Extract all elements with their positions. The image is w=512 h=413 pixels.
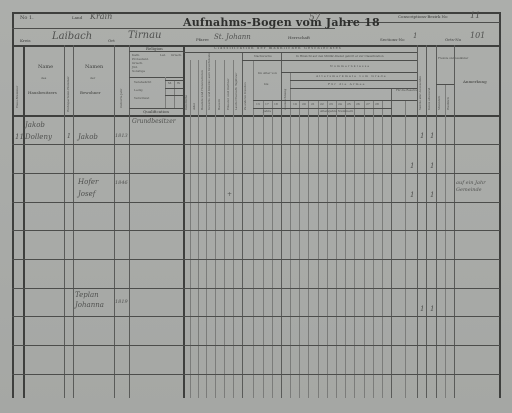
der-label: der — [90, 77, 95, 80]
religion-title-line — [129, 51, 183, 52]
haus-nummer-header: Haus-Nummer — [16, 86, 19, 108]
pfarre-value: St. Johann — [214, 34, 251, 41]
col-sub — [224, 60, 225, 398]
col-line-nachwuchs — [242, 52, 243, 398]
stand-row: Ledig — [134, 89, 143, 92]
reserve-header: Für die Reserve — [396, 90, 417, 93]
fremde-line — [436, 84, 454, 85]
col-sub — [253, 60, 254, 398]
row1-partei-nr: 1 — [67, 134, 71, 140]
row1-haus-nr: 11 — [15, 134, 24, 141]
age-col: 28 — [375, 103, 379, 106]
religion-col-lat: Lat. — [160, 54, 166, 57]
religion-header: Religion — [146, 47, 163, 51]
row7-tally-b: 1 — [430, 306, 434, 313]
religion-bottom-line — [129, 77, 183, 78]
abwesend-header: Davon abwesend — [429, 88, 432, 110]
number-label: No 1. — [20, 16, 34, 21]
religion-col-griech: Griech. — [171, 54, 182, 57]
row-line — [12, 316, 500, 317]
stand-row-line — [165, 88, 183, 89]
age-col: 23 — [329, 103, 333, 106]
row3-geburtsjahr: 1846 — [115, 181, 127, 186]
section-label: Sections-No — [380, 38, 405, 42]
geburts-jahr-header: Geburts-Jahr — [120, 88, 123, 108]
militaer-header: In Hinsicht auf den Militär-Dienst gehör… — [296, 55, 384, 58]
row3-tally-a: 1 — [410, 192, 414, 199]
conscriptions-value: 11 — [470, 12, 480, 20]
wohnparteien-header: Wohnparteien-Nummer — [67, 76, 70, 112]
age-col: 22 — [320, 103, 324, 106]
name-header: Name — [38, 65, 53, 70]
col-sub — [233, 60, 234, 398]
classification-col: Landwirthschaftl. Taglöhner — [236, 73, 239, 110]
col-sub — [215, 60, 216, 398]
classification-col: Häusler und Gärtner — [227, 78, 230, 110]
fremde-col-m: Männlich — [438, 96, 441, 110]
pfarre-label: Pfarre — [196, 38, 209, 42]
armee-header: Für die Armee — [328, 83, 366, 86]
nummerklasse-header: Nummernklasse — [330, 65, 370, 68]
row-line — [12, 202, 500, 203]
classification-col: Bauern — [218, 99, 221, 110]
row7-geburtsjahr: 1819 — [115, 300, 128, 305]
qualification-header: Qualification — [143, 110, 169, 114]
bewohner-header: Bewohner — [80, 91, 101, 95]
form-title: Aufnahms-Bogen vom Jahre 18 — [183, 16, 380, 29]
col-sub — [190, 60, 191, 398]
classification-col: Gewerbs- und Künstler, auch Gewerbsleute — [209, 53, 212, 110]
kreis-label: Kreis — [20, 39, 31, 43]
row3-mark: + — [227, 192, 232, 198]
des-label: des — [41, 77, 46, 80]
row1-tally-b: 1 — [430, 133, 434, 140]
auszeichnung-header: Auszeichnung — [284, 89, 287, 110]
nachwuchs-header: Nachwuchs — [254, 55, 272, 58]
orts-value: 101 — [470, 32, 485, 40]
stand-col-m: M. — [168, 82, 172, 85]
jahre-label: Jahre — [263, 110, 271, 113]
form-left-border — [12, 12, 14, 398]
militaer-line-3 — [290, 80, 417, 81]
col-sub — [198, 60, 199, 398]
kreis-value: Laibach — [52, 32, 92, 42]
form-right-border — [499, 12, 501, 398]
altersmerkmale-header: Altersmerkmale vom Grade — [316, 75, 387, 78]
fremde-header: Fremde und Ausländer — [438, 58, 468, 61]
col-line-reserve — [391, 88, 392, 398]
classification-col: Beamte und Honoratioren — [201, 70, 204, 110]
ort-label: Ort — [108, 39, 115, 43]
row-line — [12, 345, 500, 346]
orts-label: Orts-No — [445, 38, 461, 42]
row3-anmerkung: auf ein Jahr Gemeinde — [456, 180, 498, 194]
anmerkung-header: Anmerkung — [463, 80, 487, 84]
stand-row: Verwitwet — [134, 97, 149, 100]
conscriptions-label: Conscriptions-Bezirk No — [398, 15, 448, 19]
row3-bewohner: Hofer Josef — [78, 176, 113, 200]
summe-anwesend-header: Summe aller Anwesenden — [420, 76, 423, 110]
age-col: 20 — [302, 103, 306, 106]
census-form-sheet: No 1. Land Krain Kreis Laibach Ort Tirna… — [0, 0, 512, 413]
age-col: 27 — [366, 103, 370, 106]
classification-col: Geistliche — [185, 95, 188, 110]
stand-row: Verehelicht — [134, 81, 151, 84]
row2-tally-b: 1 — [430, 163, 434, 170]
ort-value: Tirnau — [128, 31, 162, 41]
age-18: 18 — [274, 103, 278, 106]
stand-row-line — [165, 95, 183, 96]
age-col: 21 — [311, 103, 315, 106]
stand-col-w: W. — [177, 82, 181, 85]
col-sub — [445, 84, 446, 398]
herrschaft-label: Herrschaft — [288, 36, 310, 40]
von-jahre-label: Im Alter von — [258, 72, 277, 75]
age-col: 25 — [347, 103, 351, 106]
age-col: 24 — [338, 103, 342, 106]
row-line — [12, 259, 500, 260]
altersjahre-label: Altersjahre Nummern — [320, 110, 353, 113]
row7-tally-a: 1 — [420, 306, 424, 313]
header-divider-left — [12, 28, 184, 29]
section-value: 1 — [413, 33, 417, 40]
row2-tally-a: 1 — [410, 163, 414, 170]
fremde-col-w: Weiblich — [447, 97, 450, 110]
bis-label: bis — [264, 83, 268, 86]
hausbesitzers-header: Hausbesitzers — [28, 91, 57, 95]
nachwuchs-line — [242, 60, 281, 61]
col-sub — [290, 72, 291, 398]
militaer-line-2 — [281, 72, 417, 73]
namen-header: Namen — [85, 65, 103, 70]
row1-tally-a: 1 — [420, 133, 424, 140]
religion-row: Sonstige — [132, 70, 145, 73]
row1-hausbesitzer: Jakob Dolleny — [25, 119, 65, 143]
col-line-militaer — [281, 52, 282, 398]
stand-col-line — [174, 80, 175, 108]
form-year: 57 — [309, 14, 320, 23]
row3-tally-b: 1 — [430, 192, 434, 199]
age-col: 26 — [356, 103, 360, 106]
stand-col-line — [165, 77, 166, 108]
age-13: 13 — [256, 103, 260, 106]
classification-col: Zu anderen Diensten — [245, 82, 248, 110]
row1-bewohner: Jakob — [78, 134, 98, 141]
age-line — [253, 100, 417, 101]
row-line — [12, 230, 500, 231]
row1-qualification: Grundbesitzer — [132, 119, 176, 125]
row-line — [12, 173, 500, 174]
age-17: 17 — [265, 103, 269, 106]
classification-header: Classification der männlichen Geschlecht… — [214, 47, 342, 51]
row-line — [12, 374, 500, 375]
age-col: 19 — [293, 103, 297, 106]
col-sub — [206, 60, 207, 398]
classification-col: Adel — [193, 103, 196, 110]
row-line — [12, 144, 500, 145]
militaer-line-1 — [281, 60, 417, 61]
classification-title-line — [183, 52, 417, 53]
row-line — [12, 288, 500, 289]
row1-geburtsjahr: 1813 — [115, 134, 128, 139]
land-label: Land — [72, 16, 82, 20]
land-value: Krain — [90, 13, 112, 21]
